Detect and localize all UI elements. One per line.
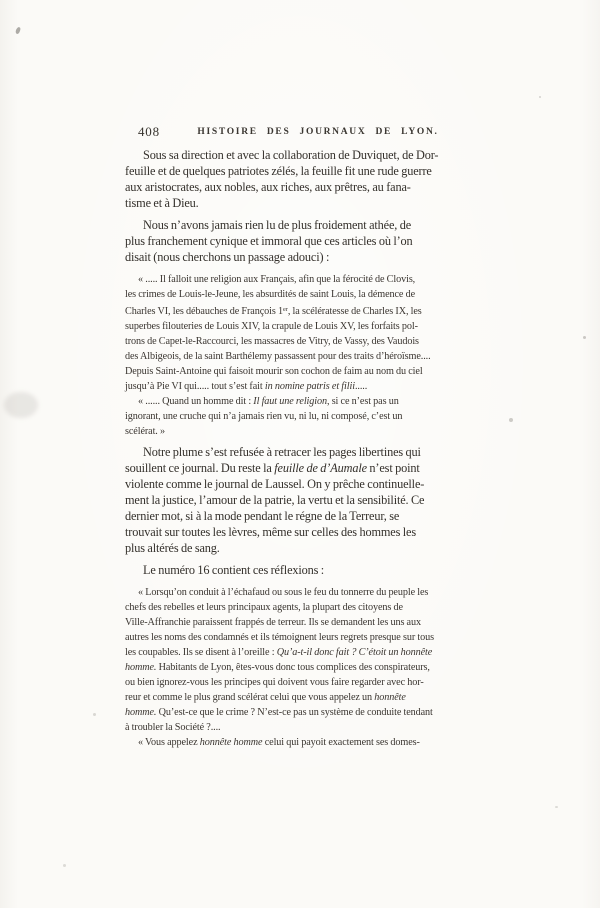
text-segment: superbes filouteries de Louis XIV, la cr… — [125, 321, 418, 332]
italic-text: feuille de d’Aumale — [274, 461, 367, 475]
text-segment: ignorant, une cruche qui n’a jamais rien… — [125, 411, 402, 422]
text-segment: des Albigeois, de la saint Barthélemy pa… — [125, 351, 431, 362]
text-line: reur et comme le plus grand scélérat cel… — [125, 690, 483, 705]
text-segment: Charles VI, les débauches de François 1 — [125, 306, 283, 317]
text-segment: Depuis Saint-Antoine qui faisoit mourir … — [125, 366, 423, 377]
text-line: plus altérés de sang. — [125, 540, 483, 556]
text-segment: trouvait sur toutes les lèvres, même sur… — [125, 525, 416, 539]
paragraph: Notre plume s’est refusée à retracer les… — [125, 444, 483, 556]
text-line: des Albigeois, de la saint Barthélemy pa… — [125, 349, 483, 364]
text-segment: « ...... Quand un homme dit : — [138, 396, 253, 407]
scan-speck — [93, 713, 96, 716]
text-segment: feuille et de quelques patriotes zélés, … — [125, 164, 432, 178]
quote-paragraph: « Lorsqu’on conduit à l’échafaud ou sous… — [125, 585, 483, 735]
text-line: Ville-Affranchie paraissent frappés de t… — [125, 615, 483, 630]
text-segment: « ..... Il falloit une religion aux Fran… — [138, 274, 415, 285]
text-segment: chefs des rebelles et leurs principaux a… — [125, 602, 403, 613]
scan-speck — [509, 418, 513, 422]
text-segment: les coupables. Ils se disent à l’oreille… — [125, 647, 277, 658]
text-segment: , la scélératesse de Charles IX, les — [288, 306, 422, 317]
text-segment: tisme et à Dieu. — [125, 196, 199, 210]
text-segment: plus franchement cynique et immoral que … — [125, 234, 413, 248]
text-line: tisme et à Dieu. — [125, 195, 483, 211]
italic-text: Il faut une religion — [253, 396, 327, 407]
text-line: Nous n’avons jamais rien lu de plus froi… — [125, 217, 483, 233]
text-line: Charles VI, les débauches de François 1e… — [125, 302, 483, 319]
text-segment: disait (nous cherchons un passage adouci… — [125, 250, 329, 264]
italic-text: in nomine patris et filii — [265, 381, 355, 392]
text-segment: Nous n’avons jamais rien lu de plus froi… — [143, 218, 411, 232]
scan-speck — [555, 806, 558, 808]
text-line: Sous sa direction et avec la collaborati… — [125, 147, 483, 163]
text-line: « Vous appelez honnête homme celui qui p… — [125, 735, 483, 750]
text-segment: Habitants de Lyon, êtes-vous donc tous c… — [156, 662, 429, 673]
text-line: à troubler la Société ?.... — [125, 720, 483, 735]
italic-text: honnête — [374, 692, 406, 703]
text-segment: violente comme le journal de Laussel. On… — [125, 477, 424, 491]
text-segment: Le numéro 16 contient ces réflexions : — [143, 563, 324, 577]
scan-smudge — [4, 392, 38, 418]
text-segment: Qu’est-ce que le crime ? N’est-ce pas un… — [156, 707, 432, 718]
text-line: ignorant, une cruche qui n’a jamais rien… — [125, 409, 483, 424]
text-segment: Notre plume s’est refusée à retracer les… — [143, 445, 421, 459]
running-title: HISTOIRE DES JOURNAUX DE LYON. — [155, 127, 481, 137]
text-line: « ..... Il falloit une religion aux Fran… — [125, 272, 483, 287]
text-segment: plus altérés de sang. — [125, 541, 220, 555]
scan-speck — [15, 27, 21, 35]
quote-paragraph: « ..... Il falloit une religion aux Fran… — [125, 272, 483, 394]
text-line: les coupables. Ils se disent à l’oreille… — [125, 645, 483, 660]
paragraph: Sous sa direction et avec la collaborati… — [125, 147, 483, 211]
text-line: Depuis Saint-Antoine qui faisoit mourir … — [125, 364, 483, 379]
text-line: plus franchement cynique et immoral que … — [125, 233, 483, 249]
text-line: violente comme le journal de Laussel. On… — [125, 476, 483, 492]
text-line: jusqu’à Pie VI qui..... tout s’est fait … — [125, 379, 483, 394]
text-line: trouvait sur toutes les lèvres, même sur… — [125, 524, 483, 540]
italic-text: Qu’a-t-il donc fait ? C’étoit un honnête — [277, 647, 433, 658]
text-segment: , si ce n’est pas un — [327, 396, 399, 407]
italic-text: homme. — [125, 662, 156, 673]
text-line: homme. Qu’est-ce que le crime ? N’est-ce… — [125, 705, 483, 720]
text-line: les crimes de Louis-le-Jeune, les absurd… — [125, 287, 483, 302]
book-page-scan: 408 HISTOIRE DES JOURNAUX DE LYON. Sous … — [0, 0, 600, 908]
paragraph: Nous n’avons jamais rien lu de plus froi… — [125, 217, 483, 265]
text-line: souillent ce journal. Du reste la feuill… — [125, 460, 483, 476]
text-line: homme. Habitants de Lyon, êtes-vous donc… — [125, 660, 483, 675]
text-segment: ou bien ignorez-vous les principes qui d… — [125, 677, 424, 688]
text-segment: scélérat. » — [125, 426, 165, 437]
text-line: scélérat. » — [125, 424, 483, 439]
quote-paragraph: « Vous appelez honnête homme celui qui p… — [125, 735, 483, 750]
italic-text: homme. — [125, 707, 156, 718]
text-line: Notre plume s’est refusée à retracer les… — [125, 444, 483, 460]
text-segment: celui qui payoit exactement ses domes- — [262, 737, 419, 748]
text-line: superbes filouteries de Louis XIV, la cr… — [125, 319, 483, 334]
text-segment: trons de Capet-le-Raccourci, les massacr… — [125, 336, 419, 347]
scan-speck — [539, 96, 541, 98]
text-segment: Ville-Affranchie paraissent frappés de t… — [125, 617, 421, 628]
text-segment: autres les noms des condamnés et ils tém… — [125, 632, 434, 643]
quote-paragraph: « ...... Quand un homme dit : Il faut un… — [125, 394, 483, 439]
text-line: « Lorsqu’on conduit à l’échafaud ou sous… — [125, 585, 483, 600]
text-line: trons de Capet-le-Raccourci, les massacr… — [125, 334, 483, 349]
scan-speck — [583, 336, 586, 339]
text-block: Sous sa direction et avec la collaborati… — [125, 147, 483, 750]
italic-text: honnête homme — [200, 737, 263, 748]
text-segment: jusqu’à Pie VI qui..... tout s’est fait — [125, 381, 265, 392]
text-segment: à troubler la Société ?.... — [125, 722, 221, 733]
text-line: feuille et de quelques patriotes zélés, … — [125, 163, 483, 179]
text-segment: Sous sa direction et avec la collaborati… — [143, 148, 438, 162]
text-segment: « Vous appelez — [138, 737, 200, 748]
text-line: disait (nous cherchons un passage adouci… — [125, 249, 483, 265]
text-line: dernier mot, si à la mode pendant le rég… — [125, 508, 483, 524]
text-segment: ..... — [355, 381, 367, 392]
text-segment: les crimes de Louis-le-Jeune, les absurd… — [125, 289, 415, 300]
text-line: « ...... Quand un homme dit : Il faut un… — [125, 394, 483, 409]
text-line: autres les noms des condamnés et ils tém… — [125, 630, 483, 645]
text-segment: n’est point — [367, 461, 420, 475]
text-segment: aux aristocrates, aux nobles, aux riches… — [125, 180, 411, 194]
paragraph: Le numéro 16 contient ces réflexions : — [125, 562, 483, 578]
text-line: aux aristocrates, aux nobles, aux riches… — [125, 179, 483, 195]
text-line: Le numéro 16 contient ces réflexions : — [125, 562, 483, 578]
text-segment: dernier mot, si à la mode pendant le rég… — [125, 509, 399, 523]
text-line: ment la justice, l’amour de la patrie, l… — [125, 492, 483, 508]
text-segment: « Lorsqu’on conduit à l’échafaud ou sous… — [138, 587, 428, 598]
page-header: 408 HISTOIRE DES JOURNAUX DE LYON. — [125, 124, 481, 142]
scan-speck — [63, 864, 66, 867]
text-segment: souillent ce journal. Du reste la — [125, 461, 274, 475]
text-line: chefs des rebelles et leurs principaux a… — [125, 600, 483, 615]
text-segment: ment la justice, l’amour de la patrie, l… — [125, 493, 424, 507]
text-segment: reur et comme le plus grand scélérat cel… — [125, 692, 374, 703]
text-line: ou bien ignorez-vous les principes qui d… — [125, 675, 483, 690]
